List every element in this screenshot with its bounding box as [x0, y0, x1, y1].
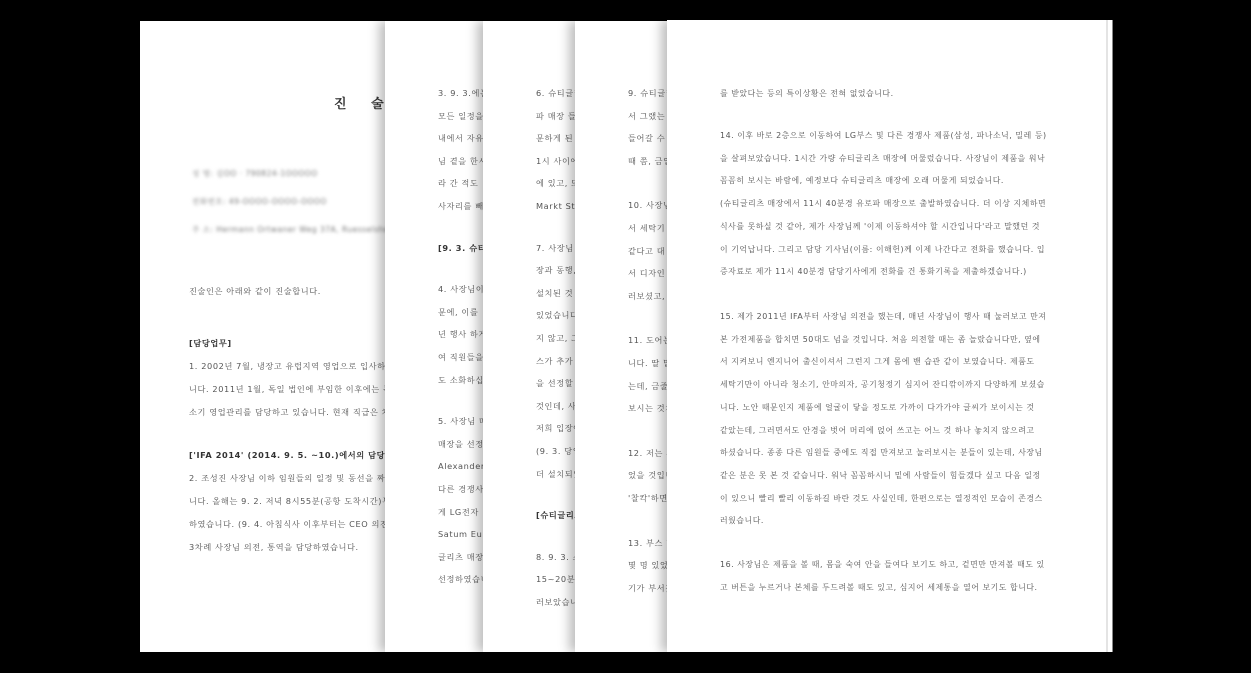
text-line: 에 있고, 또: [536, 178, 580, 189]
text-line: 하셨습니다. 종종 다른 임원들 중에도 직접 만져보고 눌러보시는 분들이 있…: [720, 447, 1043, 458]
text-line: 서 세탁기: [628, 223, 665, 234]
text-line: 매장을 선정: [438, 439, 484, 450]
text-line: 러보셨고,: [628, 291, 665, 302]
text-line: 문하게 된: [536, 133, 573, 144]
text-line: 것인데, 사: [536, 401, 576, 412]
text-line: 같은 분은 못 본 것 같습니다. 워낙 꼼꼼하시니 밑에 사람들이 힘들겠다 …: [720, 470, 1041, 481]
text-line: 이 있으니 빨리 빨리 이동하길 바란 것도 사실인데, 한편으로는 열정적인 …: [720, 493, 1043, 504]
text-line: 라 간 적도: [438, 178, 478, 189]
text-line: 11. 도어는: [628, 335, 672, 346]
text-line: 니다. 2011년 1월, 독일 법인에 부임한 이후에는 독: [189, 384, 392, 395]
text-line: 3. 9. 3.에는: [438, 88, 488, 99]
statement-page-5: 를 받았다는 등의 특이상황은 전혀 없었습니다.14. 이후 바로 2층으로 …: [667, 20, 1113, 652]
text-line: 들어갈 수: [628, 133, 665, 144]
text-line: 서 디자인: [628, 268, 665, 279]
text-line: 때 쯤, 금일: [628, 156, 672, 167]
text-line: 2. 조성진 사장님 이하 임원들의 일정 및 동선을 짜고,: [189, 473, 397, 484]
redacted-name-field: 성 명: 김OO · 790824-1OOOOO: [192, 168, 318, 179]
text-line: 년 행사 하게: [438, 329, 487, 340]
text-line: 식사를 못하실 것 같아, 제가 사장님께 '이제 이동하셔야 할 시간입니다'…: [720, 221, 1040, 232]
text-line: (슈티글리츠 매장에서 11시 40분경 유로파 매장으로 출발하였습니다. 더…: [720, 198, 1046, 209]
text-line: 하였습니다. (9. 4. 아침식사 이후부터는 CEO 의전, 통역: [189, 519, 400, 530]
text-line: 고 버튼을 누르거나 본체를 두드려볼 때도 있고, 심지어 세제통을 열어 보…: [720, 582, 1038, 593]
text-line: 꼼꼼히 보시는 바람에, 예정보다 슈티글리츠 매장에 오래 머물게 되었습니다…: [720, 175, 1004, 186]
text-line: 러웠습니다.: [720, 515, 764, 526]
statement-page-3: 6. 슈티글리파 매장 들문하게 된1시 사이에에 있고, 또Markt Ste…: [483, 21, 590, 652]
text-line: 이 기억납니다. 그리고 담당 기사님(이름: 이해헌)께 이제 나간다고 전화…: [720, 244, 1045, 255]
text-line: 을 살펴보았습니다. 1시간 가량 슈티글리츠 매장에 머물렀습니다. 사장님이…: [720, 153, 1045, 164]
text-line: 스가 추가: [536, 356, 573, 367]
statement-page-2: 3. 9. 3.에는모든 일정을내에서 자유님 곁을 한시라 간 적도사자리를 …: [385, 21, 498, 652]
page-edge-rule: [1106, 20, 1108, 652]
text-line: 다른 경쟁사: [438, 484, 484, 495]
text-line: 같았는데, 그러면서도 안경을 벗어 머리에 얹어 쓰고는 어느 것 하나 놓치…: [720, 425, 1035, 436]
text-line: 을 선정할: [536, 378, 573, 389]
section-heading-ifa: ['IFA 2014' (2014. 9. 5. ~10.)에서의 담당업무]: [189, 450, 400, 461]
text-line: 파 매장 들: [536, 111, 576, 122]
text-line: 문에, 이를: [438, 307, 478, 318]
section-heading-duties: [담당업무]: [189, 338, 232, 349]
text-line: 있었습니다: [536, 310, 579, 321]
text-line: 1. 2002년 7월, 냉장고 유럽지역 영업으로 입사하여: [189, 361, 394, 372]
text-line: 서 그랬는: [628, 111, 665, 122]
text-line: 님 곁을 한시: [438, 156, 487, 167]
text-line: 장과 동행,: [536, 265, 576, 276]
text-line: 소기 영업관리를 담당하고 있습니다. 현재 직급은 차: [189, 407, 390, 418]
text-line: 선정하였습니: [438, 574, 489, 585]
intro-text: 진술인은 아래와 같이 진술합니다.: [189, 286, 321, 297]
text-line: 내에서 자유: [438, 133, 484, 144]
text-line: 니다. 올해는 9. 2. 저녁 8시55분(공항 도착시간)부터 9.: [189, 496, 400, 507]
text-line: 세탁기만이 아니라 청소기, 안마의자, 공기청정기 심지어 잔디깎이까지 다양…: [720, 379, 1045, 390]
text-line: 3차례 사장님 의전, 통역을 담당하였습니다.: [189, 542, 359, 553]
text-line: 설치된 것: [536, 288, 573, 299]
text-line: 니다. 노안 때문인지 제품에 얼굴이 닿을 정도로 가까이 다가가야 글씨가 …: [720, 402, 1035, 413]
text-line: 는데, 금줄: [628, 381, 668, 392]
text-line: 모든 일정을: [438, 111, 484, 122]
text-line: 1시 사이에: [536, 156, 579, 167]
text-line: 15. 제가 2011년 IFA부터 사장님 의전을 했는데, 매년 사장님이 …: [720, 311, 1046, 322]
statement-page-1: 진 술 서 성 명: 김OO · 790824-1OOOOO 전화번호: 49-…: [140, 21, 400, 652]
text-line: 10. 사장님: [628, 200, 672, 211]
redacted-phone-field: 전화번호: 49-OOOO-OOOO-OOOO: [192, 196, 327, 207]
text-line: 몇 명 있었: [628, 560, 668, 571]
text-line: 5. 사장님 매: [438, 416, 487, 427]
text-line: 14. 이후 바로 2층으로 이동하여 LG부스 및 다른 경쟁사 제품(삼성,…: [720, 130, 1047, 141]
text-line: 를 받았다는 등의 특이상황은 전혀 없었습니다.: [720, 88, 894, 99]
text-line: 서 지켜보니 엔지니어 출신이셔서 그런지 그게 몸에 밴 습관 같이 보였습니…: [720, 356, 1035, 367]
text-line: 증자료로 제가 11시 40분경 담당기사에게 전화를 건 통화기록을 제출하겠…: [720, 266, 1027, 277]
text-line: 본 가전제품을 합치면 50대도 넘을 것입니다. 처음 의전할 때는 좀 놀랐…: [720, 334, 1041, 345]
text-line: 사자리를 빼: [438, 201, 484, 212]
redacted-address-field: 주 소: Hermann Ortwaner Weg 37A, Ruesselsh…: [192, 224, 399, 235]
text-line: 같다고 대: [628, 246, 665, 257]
text-line: 여 직원들을: [438, 352, 484, 363]
text-line: 4. 사장님이: [438, 284, 484, 295]
text-line: 지 않고, 그: [536, 333, 580, 344]
text-line: 7. 사장님: [536, 243, 574, 254]
text-line: 16. 사장님은 제품을 볼 때, 몸을 숙여 안을 들여다 보기도 하고, 겉…: [720, 559, 1045, 570]
text-line: 니다. 딸 말: [628, 358, 672, 369]
